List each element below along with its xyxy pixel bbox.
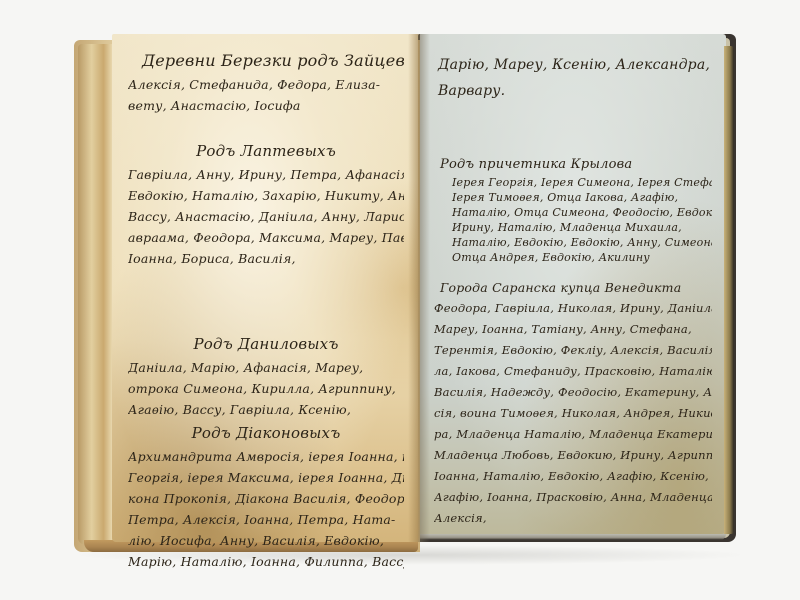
section-heading-berezki: Деревни Березки родъ Зайцевъ	[128, 48, 404, 74]
text-line: авраама, Феодора, Максима, Мареу, Павла,	[128, 227, 404, 248]
text-line: Терентія, Евдокію, Фекліу, Алексія, Васи…	[434, 340, 712, 361]
text-line: Ирину, Наталію, Младенца Михаила,	[434, 220, 712, 235]
text-line: Агафію, Іоанна, Прасковію, Анна, Младенц…	[434, 487, 712, 508]
section-heading-krylov: Родъ причетника Крылова	[434, 154, 712, 175]
text-line: Младенца Любовь, Евдокию, Ирину, Агриппи…	[434, 445, 712, 466]
text-line: Наталію, Евдокію, Евдокію, Анну, Симеона…	[434, 235, 712, 250]
text-line: отрока Симеона, Кирилла, Агриппину,	[128, 378, 404, 399]
section-heading-danilovy: Родъ Даниловыхъ	[128, 331, 404, 357]
text-line: сія, воина Тимоѳея, Николая, Андрея, Ник…	[434, 403, 712, 424]
text-line: Отца Андрея, Евдокію, Акилину	[434, 250, 712, 265]
right-page: Дарію, Мареу, Ксенію, Александра, Варвар…	[420, 34, 726, 534]
left-page: Деревни Березки родъ Зайцевъ Алексія, Ст…	[112, 34, 418, 542]
section-heading-diakonovy: Родъ Діаконовыхъ	[128, 420, 404, 446]
left-page-edges	[78, 44, 112, 544]
text-line: Іоанна, Бориса, Василія,	[128, 248, 404, 269]
text-line: Іоанна, Наталію, Евдокію, Агафію, Ксенію…	[434, 466, 712, 487]
text-line: Марію, Наталію, Іоанна, Филиппа, Вассу,	[128, 551, 404, 572]
spacer	[128, 269, 404, 331]
text-line: Вассу, Анастасію, Даніила, Анну, Ларису,	[128, 206, 404, 227]
text-line: Феодора, Гавріила, Николая, Ирину, Даніи…	[434, 298, 712, 319]
text-line: Петра, Алексія, Іоанна, Петра, Ната-	[128, 509, 404, 530]
text-line: Даніила, Марію, Афанасія, Мареу,	[128, 357, 404, 378]
spacer	[434, 265, 712, 277]
text-line: вету, Анастасію, Іосифа	[128, 95, 404, 116]
text-line: Іерея Георгія, Іерея Симеона, Іерея Стеф…	[434, 175, 712, 190]
section-heading-saransk: Города Саранска купца Венедикта	[434, 277, 712, 298]
text-line: Алексія,	[434, 508, 712, 529]
spacer	[128, 116, 404, 138]
text-line: Варвару.	[434, 78, 712, 104]
text-line: Георгія, іерея Максима, іерея Іоанна, Ді…	[128, 467, 404, 488]
text-line: кона Прокопія, Діакона Василія, Феодора,	[128, 488, 404, 509]
text-line: Іерея Тимоѳея, Отца Іакова, Агафію,	[434, 190, 712, 205]
book-gutter	[408, 34, 430, 542]
text-line: лію, Иосифа, Анну, Василія, Евдокію,	[128, 530, 404, 551]
text-line: Василія, Надежду, Феодосію, Екатерину, А…	[434, 382, 712, 403]
text-line: ра, Младенца Наталію, Младенца Екатерину…	[434, 424, 712, 445]
spacer	[434, 104, 712, 154]
text-line: Гавріила, Анну, Ирину, Петра, Афанасія,	[128, 164, 404, 185]
text-line: Агаѳію, Вассу, Гавріила, Ксенію,	[128, 399, 404, 420]
text-line: Мареу, Іоанна, Татіану, Анну, Стефана,	[434, 319, 712, 340]
section-heading-laptevy: Родъ Лаптевыхъ	[128, 138, 404, 164]
text-line: Наталію, Отца Симеона, Феодосію, Евдокію…	[434, 205, 712, 220]
text-line: ла, Іакова, Стефаниду, Прасковію, Наталі…	[434, 361, 712, 382]
text-line: Евдокію, Наталію, Захарію, Никиту, Анну,	[128, 185, 404, 206]
text-line: Алексія, Стефанида, Федора, Елиза-	[128, 74, 404, 95]
text-line: Архимандрита Амвросія, іерея Іоанна, іер…	[128, 446, 404, 467]
text-line: Дарію, Мареу, Ксенію, Александра,	[434, 52, 712, 78]
right-page-edges	[724, 46, 734, 534]
